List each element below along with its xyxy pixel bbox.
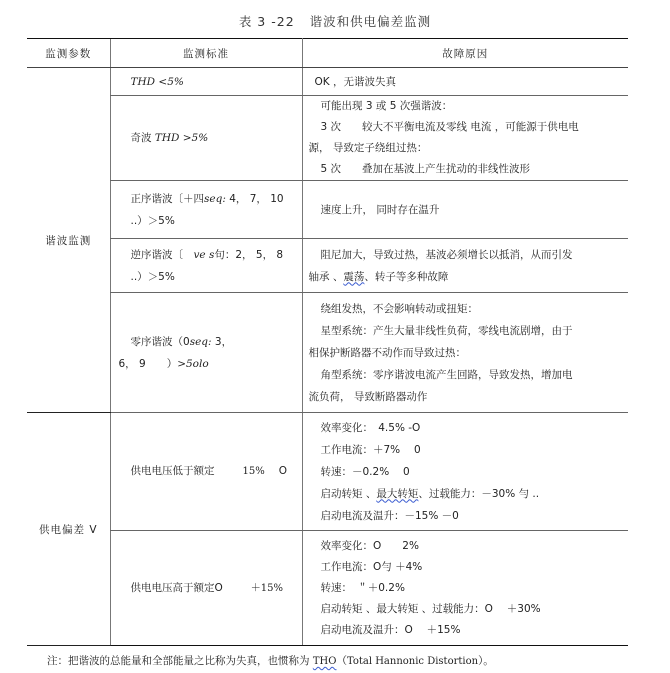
header-reason: 故障原因 (302, 39, 628, 68)
table-title: 谐波和供电偏差监测 (310, 14, 432, 29)
harmonic-supply-deviation-table: 监测参数 监测标准 故障原因 谐波监测 THD <5% OK ，无谐波失真 奇波… (27, 38, 628, 646)
reason-positive-sequence: 速度上升， 同时存在温升 (302, 181, 628, 239)
standard-voltage-above-rated: 供电电压高于额定O＋15% (110, 531, 302, 646)
standard-zero-sequence: 零序谐波（0seq: 3， 6， 9 ）>5olo (110, 293, 302, 413)
standard-thd-below-5: THD <5% (110, 68, 302, 96)
reason-voltage-below-rated: 效率变化： 4.5% -O 工作电流：＋7% 0 转速：－0.2% 0 启动转矩… (302, 413, 628, 531)
header-parameter: 监测参数 (27, 39, 110, 68)
reason-zero-sequence: 绕组发热，不会影响转动或扭矩： 星型系统：产生大量非线性负荷，零线电流剧增，由于… (302, 293, 628, 413)
header-standard: 监测标准 (110, 39, 302, 68)
standard-odd-harmonic: 奇波 THD >5% (110, 96, 302, 181)
standard-voltage-below-rated: 供电电压低于额定15%O (110, 413, 302, 531)
standard-positive-sequence: 正序谐波〔＋四seq: 4， 7， 10 ..）＞5% (110, 181, 302, 239)
table-row: 供电电压高于额定O＋15% 效率变化：O 2% 工作电流：O勻 ＋4% 转速： … (27, 531, 628, 646)
table-caption: 表 3 -22 谐波和供电偏差监测 (0, 12, 670, 30)
group-supply-deviation: 供电偏差 V (27, 413, 110, 646)
table-row: 正序谐波〔＋四seq: 4， 7， 10 ..）＞5% 速度上升， 同时存在温升 (27, 181, 628, 239)
footnote-english-term: Total Hannonic Distortion (347, 656, 478, 667)
table-row: 谐波监测 THD <5% OK ，无谐波失真 (27, 68, 628, 96)
table-row: 奇波 THD >5% 可能出现 3 或 5 次强谐波： 3 次 较大不平衡电流及… (27, 96, 628, 181)
spellcheck-flagged-word: 最大转矩 (376, 488, 418, 500)
table-row: 零序谐波（0seq: 3， 6， 9 ）>5olo 绕组发热，不会影响转动或扭矩… (27, 293, 628, 413)
spellcheck-flagged-word: 震荡 (343, 271, 364, 283)
table-row: 逆序谐波〔 ve s句：2， 5， 8 ..）＞5% 阻尼加大，导致过热，基波必… (27, 239, 628, 293)
footnote: 注：把谐波的总能量和全部能量之比称为失真，也惯称为 THO（Total Hann… (47, 653, 494, 668)
reason-negative-sequence: 阻尼加大，导致过热，基波必须增长以抵消，从而引发 轴承 、震荡、转子等多种故障 (302, 239, 628, 293)
standard-negative-sequence: 逆序谐波〔 ve s句：2， 5， 8 ..）＞5% (110, 239, 302, 293)
group-harmonic-monitoring: 谐波监测 (27, 68, 110, 413)
header-row: 监测参数 监测标准 故障原因 (27, 39, 628, 68)
footnote-abbreviation: THO (313, 656, 337, 667)
table-number: 表 3 -22 (239, 14, 295, 29)
reason-voltage-above-rated: 效率变化：O 2% 工作电流：O勻 ＋4% 转速： ＂＋0.2% 启动转矩 、最… (302, 531, 628, 646)
table-row: 供电偏差 V 供电电压低于额定15%O 效率变化： 4.5% -O 工作电流：＋… (27, 413, 628, 531)
reason-ok: OK ，无谐波失真 (302, 68, 628, 96)
reason-odd-harmonic: 可能出现 3 或 5 次强谐波： 3 次 较大不平衡电流及零线 电流 ，可能源于… (302, 96, 628, 181)
